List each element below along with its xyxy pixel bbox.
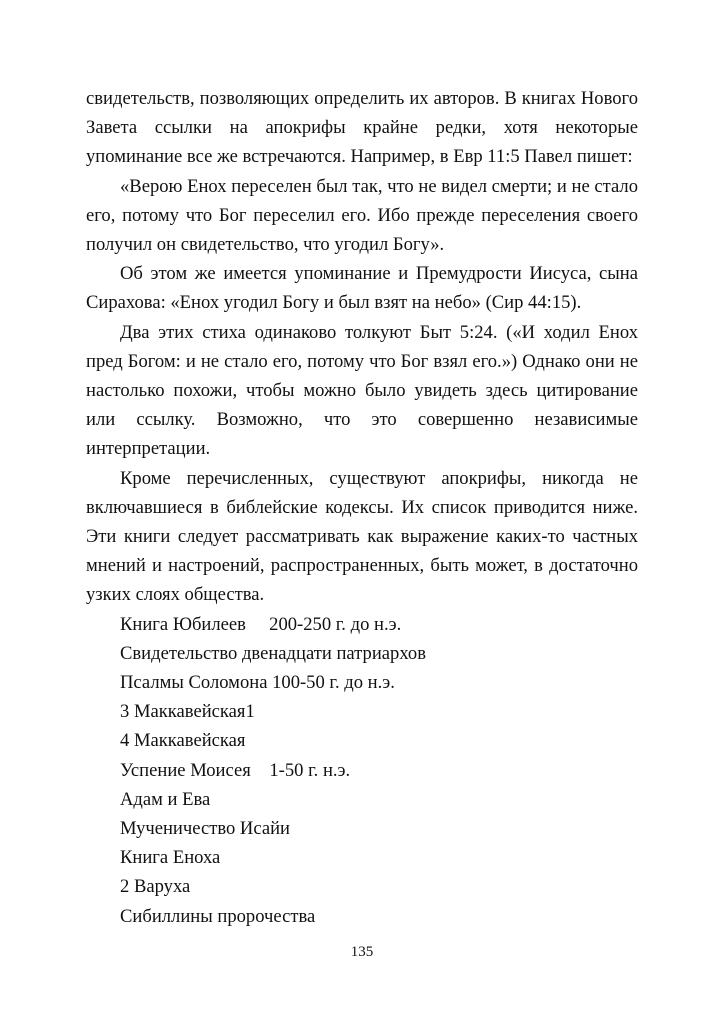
document-page: свидетельств, позволяющих определить их … xyxy=(0,0,724,1024)
list-item: 3 Маккавейская1 xyxy=(86,697,638,726)
list-item: Адам и Ева xyxy=(86,785,638,814)
page-number: 135 xyxy=(0,944,724,961)
list-item: Книга Еноха xyxy=(86,843,638,872)
apocrypha-list: Книга Юбилеев 200-250 г. до н.э. Свидете… xyxy=(86,610,638,931)
paragraph-continuation: свидетельств, позволяющих определить их … xyxy=(86,84,638,172)
paragraph-genesis-interpretation: Два этих стиха одинаково толкуют Быт 5:2… xyxy=(86,318,638,464)
list-item: Свидетельство двенадцати патриархов xyxy=(86,639,638,668)
paragraph-quote-hebrews: «Верою Енох переселен был так, что не ви… xyxy=(86,172,638,260)
list-item: Мученичество Исайи xyxy=(86,814,638,843)
paragraph-sirach-mention: Об этом же имеется упоминание и Премудро… xyxy=(86,259,638,317)
body-text: свидетельств, позволяющих определить их … xyxy=(86,84,638,931)
list-item: Псалмы Соломона 100-50 г. до н.э. xyxy=(86,668,638,697)
list-item: Успение Моисея 1-50 г. н.э. xyxy=(86,756,638,785)
list-item: 2 Варуха xyxy=(86,872,638,901)
list-item: 4 Маккавейская xyxy=(86,726,638,755)
list-item: Сибиллины пророчества xyxy=(86,902,638,931)
list-item: Книга Юбилеев 200-250 г. до н.э. xyxy=(86,610,638,639)
paragraph-apocrypha-intro: Кроме перечисленных, существуют апокрифы… xyxy=(86,464,638,610)
